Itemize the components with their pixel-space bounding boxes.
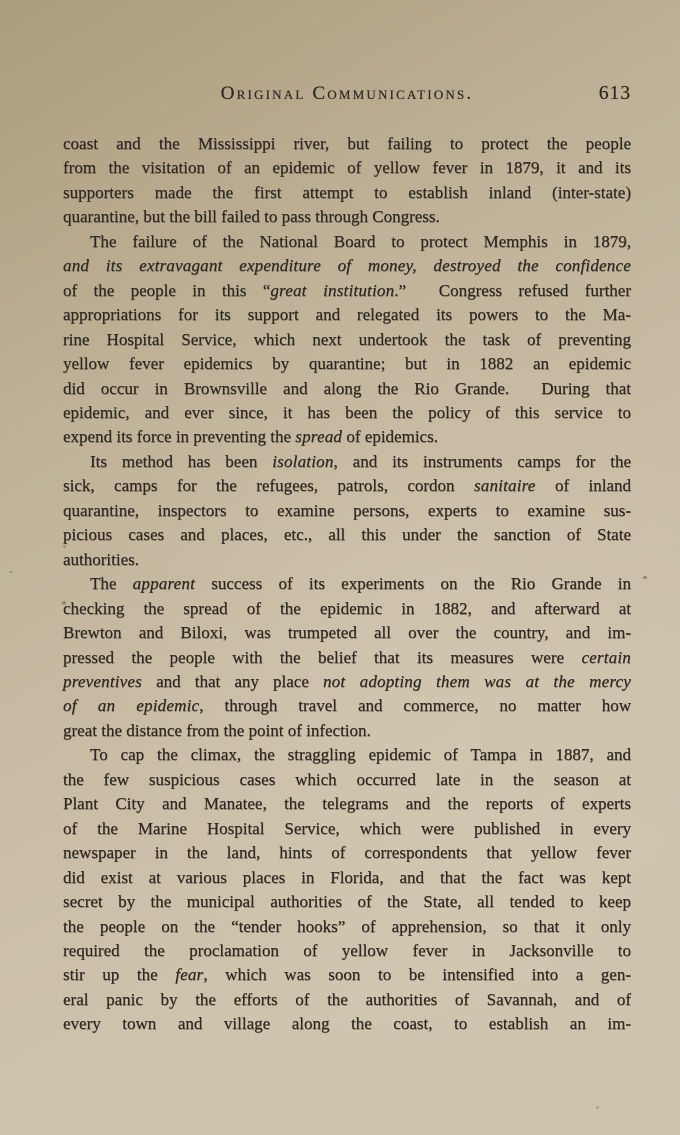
- text-segment: from the visitation of an epidemic of ye…: [63, 158, 631, 177]
- text-segment: checking the spread of the epidemic in 1…: [63, 599, 631, 618]
- text-line: coast and the Mississippi river, but fai…: [63, 132, 631, 156]
- text-line: preventives and that any place not adopt…: [63, 670, 631, 694]
- text-line: Brewton and Biloxi, was trumpeted all ov…: [63, 621, 631, 645]
- italic-text-segment: and its extravagant expenditure of money…: [63, 256, 631, 275]
- text-line: appropriations for its support and releg…: [63, 303, 631, 327]
- italic-text-segment: preventives: [63, 672, 142, 691]
- text-segment: did exist at various places in Florida, …: [63, 868, 631, 887]
- text-segment: coast and the Mississippi river, but fai…: [63, 134, 631, 153]
- text-line: the people on the “tender hooks” of appr…: [63, 915, 631, 939]
- text-line: authorities.: [63, 548, 631, 572]
- text-line: did occur in Brownsville and along the R…: [63, 377, 631, 401]
- text-segment: yellow fever epidemics by quarantine; bu…: [63, 354, 631, 373]
- text-segment: quarantine, but the bill failed to pass …: [63, 207, 440, 226]
- running-header: Original Communications. 613: [63, 83, 631, 107]
- text-line: The failure of the National Board to pro…: [63, 230, 631, 254]
- italic-text-segment: fear: [175, 965, 203, 984]
- text-segment: of epidemics.: [342, 427, 438, 446]
- text-segment: did occur in Brownsville and along the R…: [63, 379, 631, 398]
- text-line: great the distance from the point of inf…: [63, 719, 631, 743]
- text-segment: and that any place: [142, 672, 323, 691]
- text-line: secret by the municipal authorities of t…: [63, 890, 631, 914]
- text-segment: The failure of the National Board to pro…: [90, 232, 631, 251]
- text-line: expend its force in preventing the sprea…: [63, 425, 631, 449]
- text-segment: picious cases and places, etc., all this…: [63, 525, 631, 544]
- text-line: from the visitation of an epidemic of ye…: [63, 156, 631, 180]
- text-segment: Its method has been: [90, 452, 272, 471]
- page-number: 613: [599, 83, 631, 105]
- text-line: required the proclamation of yellow feve…: [63, 939, 631, 963]
- paragraph: Its method has been isolation, and its i…: [63, 450, 631, 572]
- italic-text-segment: spread: [295, 427, 342, 446]
- text-segment: Brewton and Biloxi, was trumpeted all ov…: [63, 623, 631, 642]
- text-segment: newspaper in the land, hints of correspo…: [63, 843, 631, 862]
- text-line: pressed the people with the belief that …: [63, 646, 631, 670]
- paragraph: The apparent success of its experiments …: [63, 572, 631, 743]
- text-line: of the Marine Hospital Service, which we…: [63, 817, 631, 841]
- text-line: quarantine, but the bill failed to pass …: [63, 205, 631, 229]
- paragraph: The failure of the National Board to pro…: [63, 230, 631, 450]
- text-segment: eral panic by the efforts of the authori…: [63, 990, 631, 1009]
- text-line: yellow fever epidemics by quarantine; bu…: [63, 352, 631, 376]
- paper-speck: [643, 576, 647, 579]
- text-line: Plant City and Manatee, the telegrams an…: [63, 792, 631, 816]
- text-segment: , through travel and commerce, no matter…: [199, 696, 631, 715]
- text-line: The apparent success of its experiments …: [63, 572, 631, 596]
- text-segment: To cap the climax, the straggling epidem…: [90, 745, 631, 764]
- paper-speck: [9, 571, 13, 573]
- text-line: the few suspicious cases which occurred …: [63, 768, 631, 792]
- italic-text-segment: not adopting them was at the mercy: [323, 672, 631, 691]
- text-segment: stir up the: [63, 965, 175, 984]
- text-line: stir up the fear, which was soon to be i…: [63, 963, 631, 987]
- text-line: Its method has been isolation, and its i…: [63, 450, 631, 474]
- text-segment: the few suspicious cases which occurred …: [63, 770, 631, 789]
- text-segment: The: [90, 574, 133, 593]
- text-segment: of inland: [536, 476, 631, 495]
- text-segment: the people on the “tender hooks” of appr…: [63, 917, 631, 936]
- text-segment: sick, camps for the refugees, patrols, c…: [63, 476, 474, 495]
- text-segment: authorities.: [63, 550, 139, 569]
- italic-text-segment: of an epidemic: [63, 696, 199, 715]
- paper-speck: [63, 545, 66, 548]
- text-segment: success of its experiments on the Rio Gr…: [195, 574, 631, 593]
- text-line: supporters made the first attempt to est…: [63, 181, 631, 205]
- text-segment: epidemic, and ever since, it has been th…: [63, 403, 631, 422]
- text-line: eral panic by the efforts of the authori…: [63, 988, 631, 1012]
- text-segment: quarantine, inspectors to examine person…: [63, 501, 631, 520]
- text-segment: rine Hospital Service, which next undert…: [63, 330, 631, 349]
- text-segment: expend its force in preventing the: [63, 427, 295, 446]
- text-line: every town and village along the coast, …: [63, 1012, 631, 1036]
- text-segment: .” Congress refused further: [394, 281, 631, 300]
- text-segment: , which was soon to be intensified into …: [203, 965, 631, 984]
- text-line: quarantine, inspectors to examine person…: [63, 499, 631, 523]
- text-segment: secret by the municipal authorities of t…: [63, 892, 631, 911]
- text-segment: pressed the people with the belief that …: [63, 648, 581, 667]
- text-segment: Plant City and Manatee, the telegrams an…: [63, 794, 631, 813]
- text-line: To cap the climax, the straggling epidem…: [63, 743, 631, 767]
- text-segment: required the proclamation of yellow feve…: [63, 941, 631, 960]
- text-segment: appropriations for its support and releg…: [63, 305, 631, 324]
- italic-text-segment: certain: [581, 648, 631, 667]
- italic-text-segment: isolation: [272, 452, 333, 471]
- text-segment: of the people in this “: [63, 281, 270, 300]
- text-line: checking the spread of the epidemic in 1…: [63, 597, 631, 621]
- text-segment: great the distance from the point of inf…: [63, 721, 371, 740]
- text-line: rine Hospital Service, which next undert…: [63, 328, 631, 352]
- italic-text-segment: apparent: [133, 574, 195, 593]
- page-body: coast and the Mississippi river, but fai…: [63, 132, 631, 1037]
- text-segment: every town and village along the coast, …: [63, 1014, 631, 1033]
- paragraph: coast and the Mississippi river, but fai…: [63, 132, 631, 230]
- text-line: newspaper in the land, hints of correspo…: [63, 841, 631, 865]
- italic-text-segment: great institution: [270, 281, 394, 300]
- text-line: and its extravagant expenditure of money…: [63, 254, 631, 278]
- text-line: did exist at various places in Florida, …: [63, 866, 631, 890]
- text-line: epidemic, and ever since, it has been th…: [63, 401, 631, 425]
- text-segment: supporters made the first attempt to est…: [63, 183, 631, 202]
- text-line: of an epidemic, through travel and comme…: [63, 694, 631, 718]
- italic-text-segment: sanitaire: [474, 476, 536, 495]
- text-block: Original Communications. 613 coast and t…: [63, 83, 631, 1037]
- paragraph: To cap the climax, the straggling epidem…: [63, 743, 631, 1036]
- text-line: picious cases and places, etc., all this…: [63, 523, 631, 547]
- text-line: sick, camps for the refugees, patrols, c…: [63, 474, 631, 498]
- text-segment: of the Marine Hospital Service, which we…: [63, 819, 631, 838]
- text-segment: , and its instruments camps for the: [334, 452, 631, 471]
- header-title: Original Communications.: [63, 83, 631, 105]
- paper-speck: [62, 601, 66, 605]
- paper-speck: [596, 1106, 599, 1109]
- page-background: Original Communications. 613 coast and t…: [0, 0, 680, 1135]
- text-line: of the people in this “great institution…: [63, 279, 631, 303]
